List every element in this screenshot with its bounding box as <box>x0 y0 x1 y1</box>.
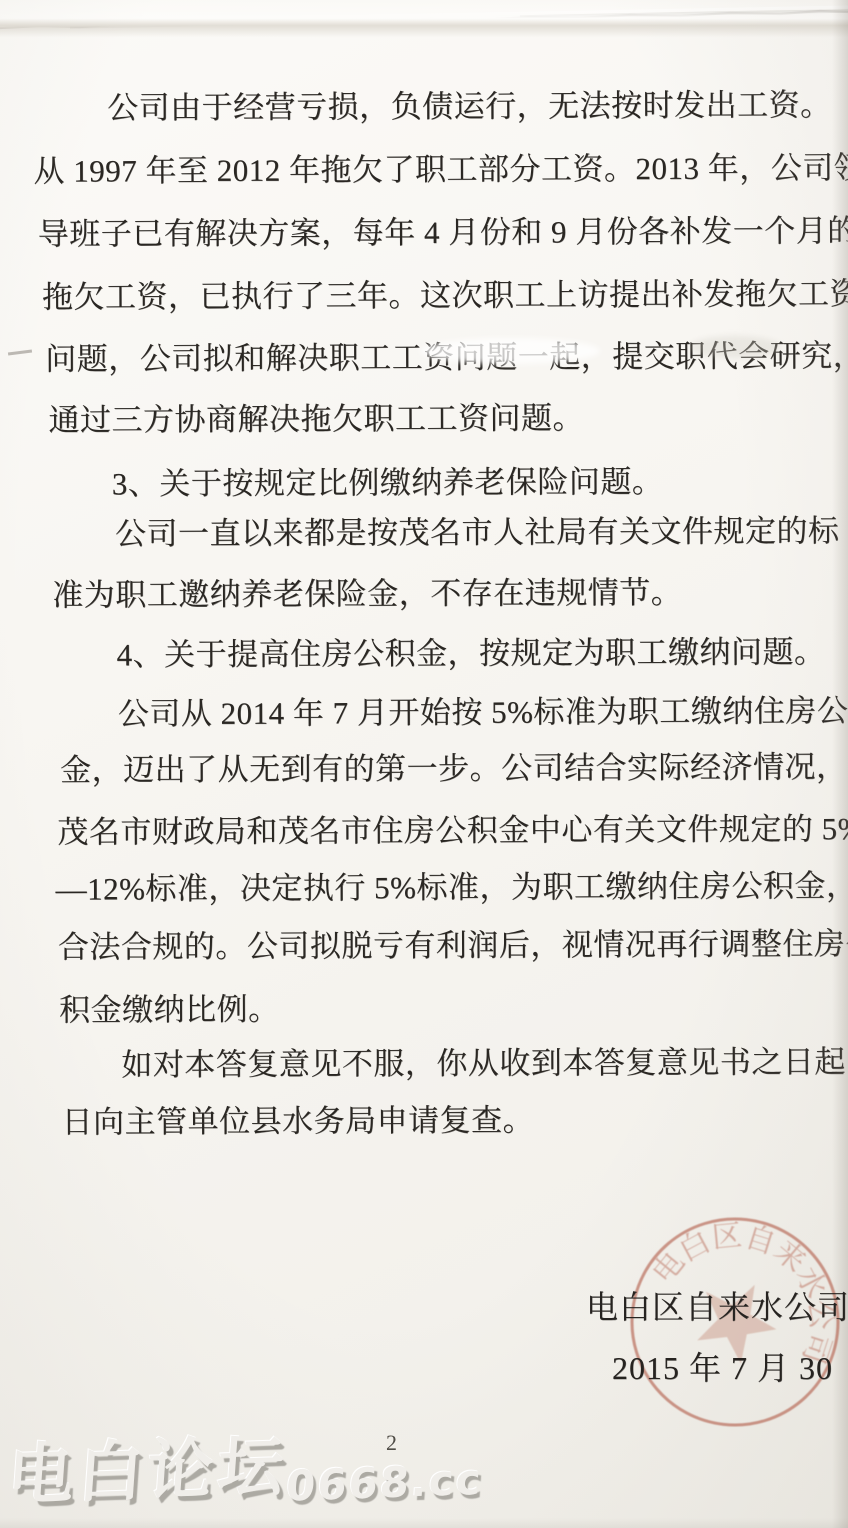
document-line: 公司由于经营亏损，负债运行，无法按时发出工资。 <box>107 88 832 125</box>
document-line: 如对本答复意见不服，你从收到本答复意见书之日起 30 <box>121 1045 848 1082</box>
document-line: 导班子已有解决方案，每年 4 月份和 9 月份各补发一个月的 <box>38 214 848 252</box>
document-line: 积金缴纳比例。 <box>59 993 280 1028</box>
document-line: 通过三方协商解决拖欠职工工资问题。 <box>48 401 584 437</box>
document-line: 茂名市财政局和茂名市住房公积金中心有关文件规定的 5% <box>57 812 848 850</box>
document-line: 合法合规的。公司拟脱亏有利润后，视情况再行调整住房公 <box>58 927 848 965</box>
document-line: 从 1997 年至 2012 年拖欠了职工部分工资。2013 年，公司领 <box>33 151 848 189</box>
document-line: —12%标准，决定执行 5%标准，为职工缴纳住房公积金，是 <box>55 869 848 907</box>
paper-smudge <box>690 336 780 358</box>
scanned-document-page: 公司由于经营亏损，负债运行，无法按时发出工资。 从 1997 年至 2012 年… <box>0 0 848 1528</box>
paper-crease <box>0 0 848 44</box>
forum-watermark: 电白论坛0668.cc <box>5 1406 488 1518</box>
signature-company: 电白区自来水公司 <box>586 1282 848 1328</box>
page-edge-shadow-bottom <box>0 1518 848 1528</box>
paper-smudge <box>420 338 600 364</box>
document-line: 日向主管单位县水务局申请复查。 <box>61 1104 534 1140</box>
document-line: 准为职工邀纳养老保险金，不存在违规情节。 <box>52 576 682 613</box>
document-line: 公司从 2014 年 7 月开始按 5%标准为职工缴纳住房公积 <box>118 694 848 731</box>
watermark-site-domain: 0668.cc <box>284 1455 484 1511</box>
signature-date: 2015 年 7 月 30 日 <box>612 1343 848 1389</box>
paper-crease-highlight <box>0 0 848 44</box>
document-line: 公司一直以来都是按茂名市人社局有关文件规定的标 <box>115 514 840 551</box>
document-line: 金，迈出了从无到有的第一步。公司结合实际经济情况，按 <box>60 750 848 788</box>
watermark-site-name: 电白论坛 <box>5 1427 290 1514</box>
document-section-heading: 3、关于按规定比例缴纳养老保险问题。 <box>112 465 664 501</box>
document-line: 拖欠工资，已执行了三年。这次职工上访提出补发拖欠工资 <box>42 277 848 315</box>
document-section-heading: 4、关于提高住房公积金，按规定为职工缴纳问题。 <box>116 635 825 672</box>
